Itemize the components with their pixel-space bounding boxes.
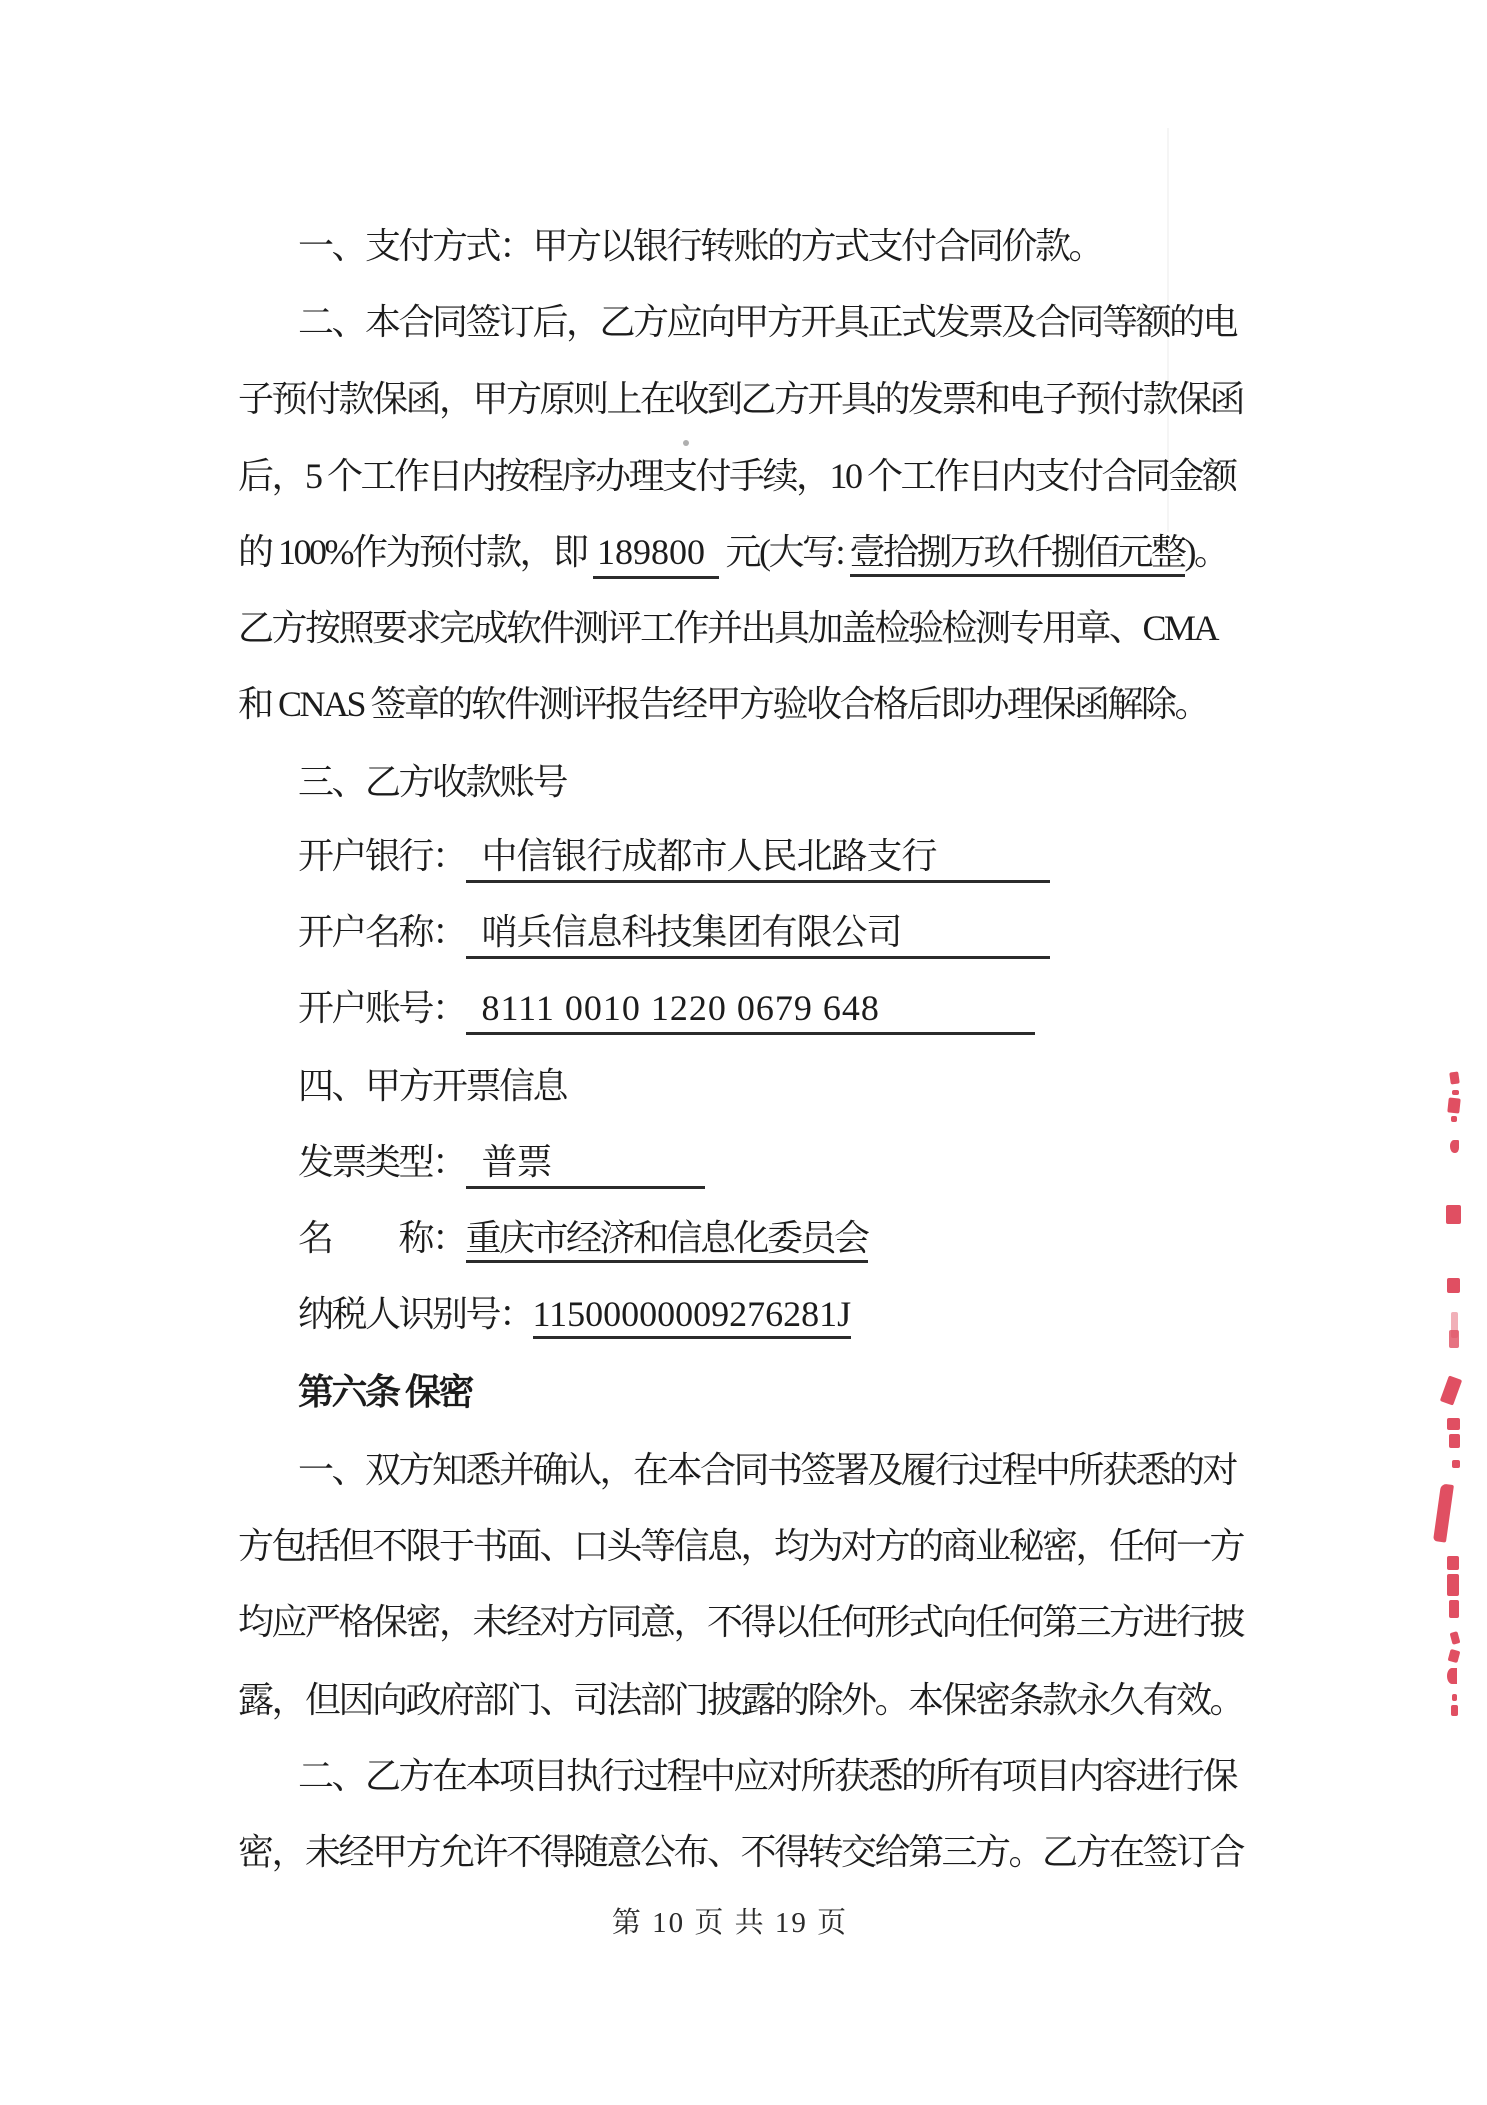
confidentiality-clause2-line1: 二、乙方在本项目执行过程中应对所获悉的所有项目内容进行保 xyxy=(298,1752,1258,1802)
invoice-type-value: 普票 xyxy=(466,1138,705,1189)
stamp-fragment xyxy=(1447,1668,1457,1684)
invoice-clause-line2: 子预付款保函，甲方原则上在收到乙方开具的发票和电子预付款保函 xyxy=(238,375,1258,425)
invoice-clause-line1: 二、本合同签订后，乙方应向甲方开具正式发票及合同等额的电 xyxy=(298,298,1258,348)
amount-line-suffix: )。 xyxy=(1185,532,1228,572)
stamp-fragment xyxy=(1452,1460,1460,1468)
buyer-name-value: 重庆市经济和信息化委员会 xyxy=(466,1218,868,1263)
stamp-fragment xyxy=(1449,1434,1460,1448)
stamp-fragment xyxy=(1447,1418,1460,1430)
invoice-clause-line5: 乙方按照要求完成软件测评工作并出具加盖检验检测专用章、CMA xyxy=(238,604,1258,654)
stamp-fragment xyxy=(1452,1090,1459,1095)
stamp-fragment xyxy=(1449,1600,1459,1618)
confidentiality-clause1-line2: 方包括但不限于书面、口头等信息，均为对方的商业秘密，任何一方 xyxy=(238,1522,1258,1572)
contract-amount-capitals: 壹拾捌万玖仟捌佰元整 xyxy=(850,532,1185,577)
amount-line-mid: 元(大写: xyxy=(719,532,850,572)
stamp-fragment xyxy=(1447,1556,1459,1570)
stamp-fragment xyxy=(1450,1140,1459,1153)
account-name-value: 哨兵信息科技集团有限公司 xyxy=(466,908,1050,959)
invoice-clause-line3: 后，5 个工作日内按程序办理支付手续，10 个工作日内支付合同金额 xyxy=(238,452,1258,502)
stamp-fragment xyxy=(1451,1116,1457,1122)
stamp-fragment xyxy=(1440,1375,1462,1405)
amount-line-prefix: 的 100%作为预付款，即 xyxy=(238,532,593,572)
account-name-row: 开户名称：哨兵信息科技集团有限公司 xyxy=(298,908,1258,958)
buyer-name-row: 名 称：重庆市经济和信息化委员会 xyxy=(298,1214,1258,1264)
scan-dot-artifact xyxy=(683,440,689,446)
confidentiality-heading: 第六条 保密 xyxy=(298,1368,1258,1418)
stamp-fragment xyxy=(1449,1071,1460,1084)
stamp-fragment xyxy=(1449,1330,1459,1348)
stamp-fragment xyxy=(1447,1278,1460,1293)
contract-scan-page: 一、支付方式：甲方以银行转账的方式支付合同价款。 二、本合同签订后，乙方应向甲方… xyxy=(0,0,1487,2105)
confidentiality-clause2-line2: 密，未经甲方允许不得随意公布、不得转交给第三方。乙方在签订合 xyxy=(238,1828,1258,1878)
stamp-fragment xyxy=(1433,1483,1454,1542)
account-number-value: 8111 0010 1220 0679 648 xyxy=(466,984,1035,1035)
tax-id-row: 纳税人识别号：11500000009276281J xyxy=(298,1290,1258,1340)
page-number-footer: 第 10 页 共 19 页 xyxy=(0,1900,1460,1941)
invoice-type-label: 发票类型： xyxy=(298,1142,466,1182)
bank-label: 开户银行： xyxy=(298,836,466,876)
invoice-type-row: 发票类型：普票 xyxy=(298,1138,1258,1188)
confidentiality-clause1-line3: 均应严格保密，未经对方同意，不得以任何形式向任何第三方进行披 xyxy=(238,1598,1258,1648)
invoice-clause-line6: 和 CNAS 签章的软件测评报告经甲方验收合格后即办理保函解除。 xyxy=(238,680,1258,730)
stamp-fragment xyxy=(1452,1694,1457,1701)
stamp-fragment xyxy=(1450,1631,1461,1645)
invoice-clause-line4: 的 100%作为预付款，即 189800 元(大写: 壹拾捌万玖仟捌佰元整)。 xyxy=(238,528,1258,578)
payment-method-clause: 一、支付方式：甲方以银行转账的方式支付合同价款。 xyxy=(298,222,1258,272)
confidentiality-clause1-line4: 露，但因向政府部门、司法部门披露的除外。本保密条款永久有效。 xyxy=(238,1676,1258,1726)
stamp-fragment xyxy=(1451,1705,1458,1716)
tax-id-value: 11500000009276281J xyxy=(533,1294,852,1339)
stamp-fragment xyxy=(1447,1574,1459,1596)
account-number-row: 开户账号：8111 0010 1220 0679 648 xyxy=(298,984,1258,1034)
buyer-invoice-heading: 四、甲方开票信息 xyxy=(298,1062,1258,1112)
bank-row: 开户银行：中信银行成都市人民北路支行 xyxy=(298,832,1258,882)
account-name-label: 开户名称： xyxy=(298,912,466,952)
contract-amount-digits: 189800 xyxy=(593,528,719,579)
stamp-fragment xyxy=(1446,1205,1461,1224)
buyer-name-label: 名 称： xyxy=(298,1218,466,1258)
payee-account-heading: 三、乙方收款账号 xyxy=(298,758,1258,808)
stamp-fragment xyxy=(1448,1649,1461,1663)
account-number-label: 开户账号： xyxy=(298,988,466,1028)
bank-value: 中信银行成都市人民北路支行 xyxy=(466,832,1050,883)
tax-id-label: 纳税人识别号： xyxy=(298,1294,533,1334)
confidentiality-clause1-line1: 一、双方知悉并确认，在本合同书签署及履行过程中所获悉的对 xyxy=(298,1446,1258,1496)
stamp-fragment xyxy=(1447,1097,1461,1113)
